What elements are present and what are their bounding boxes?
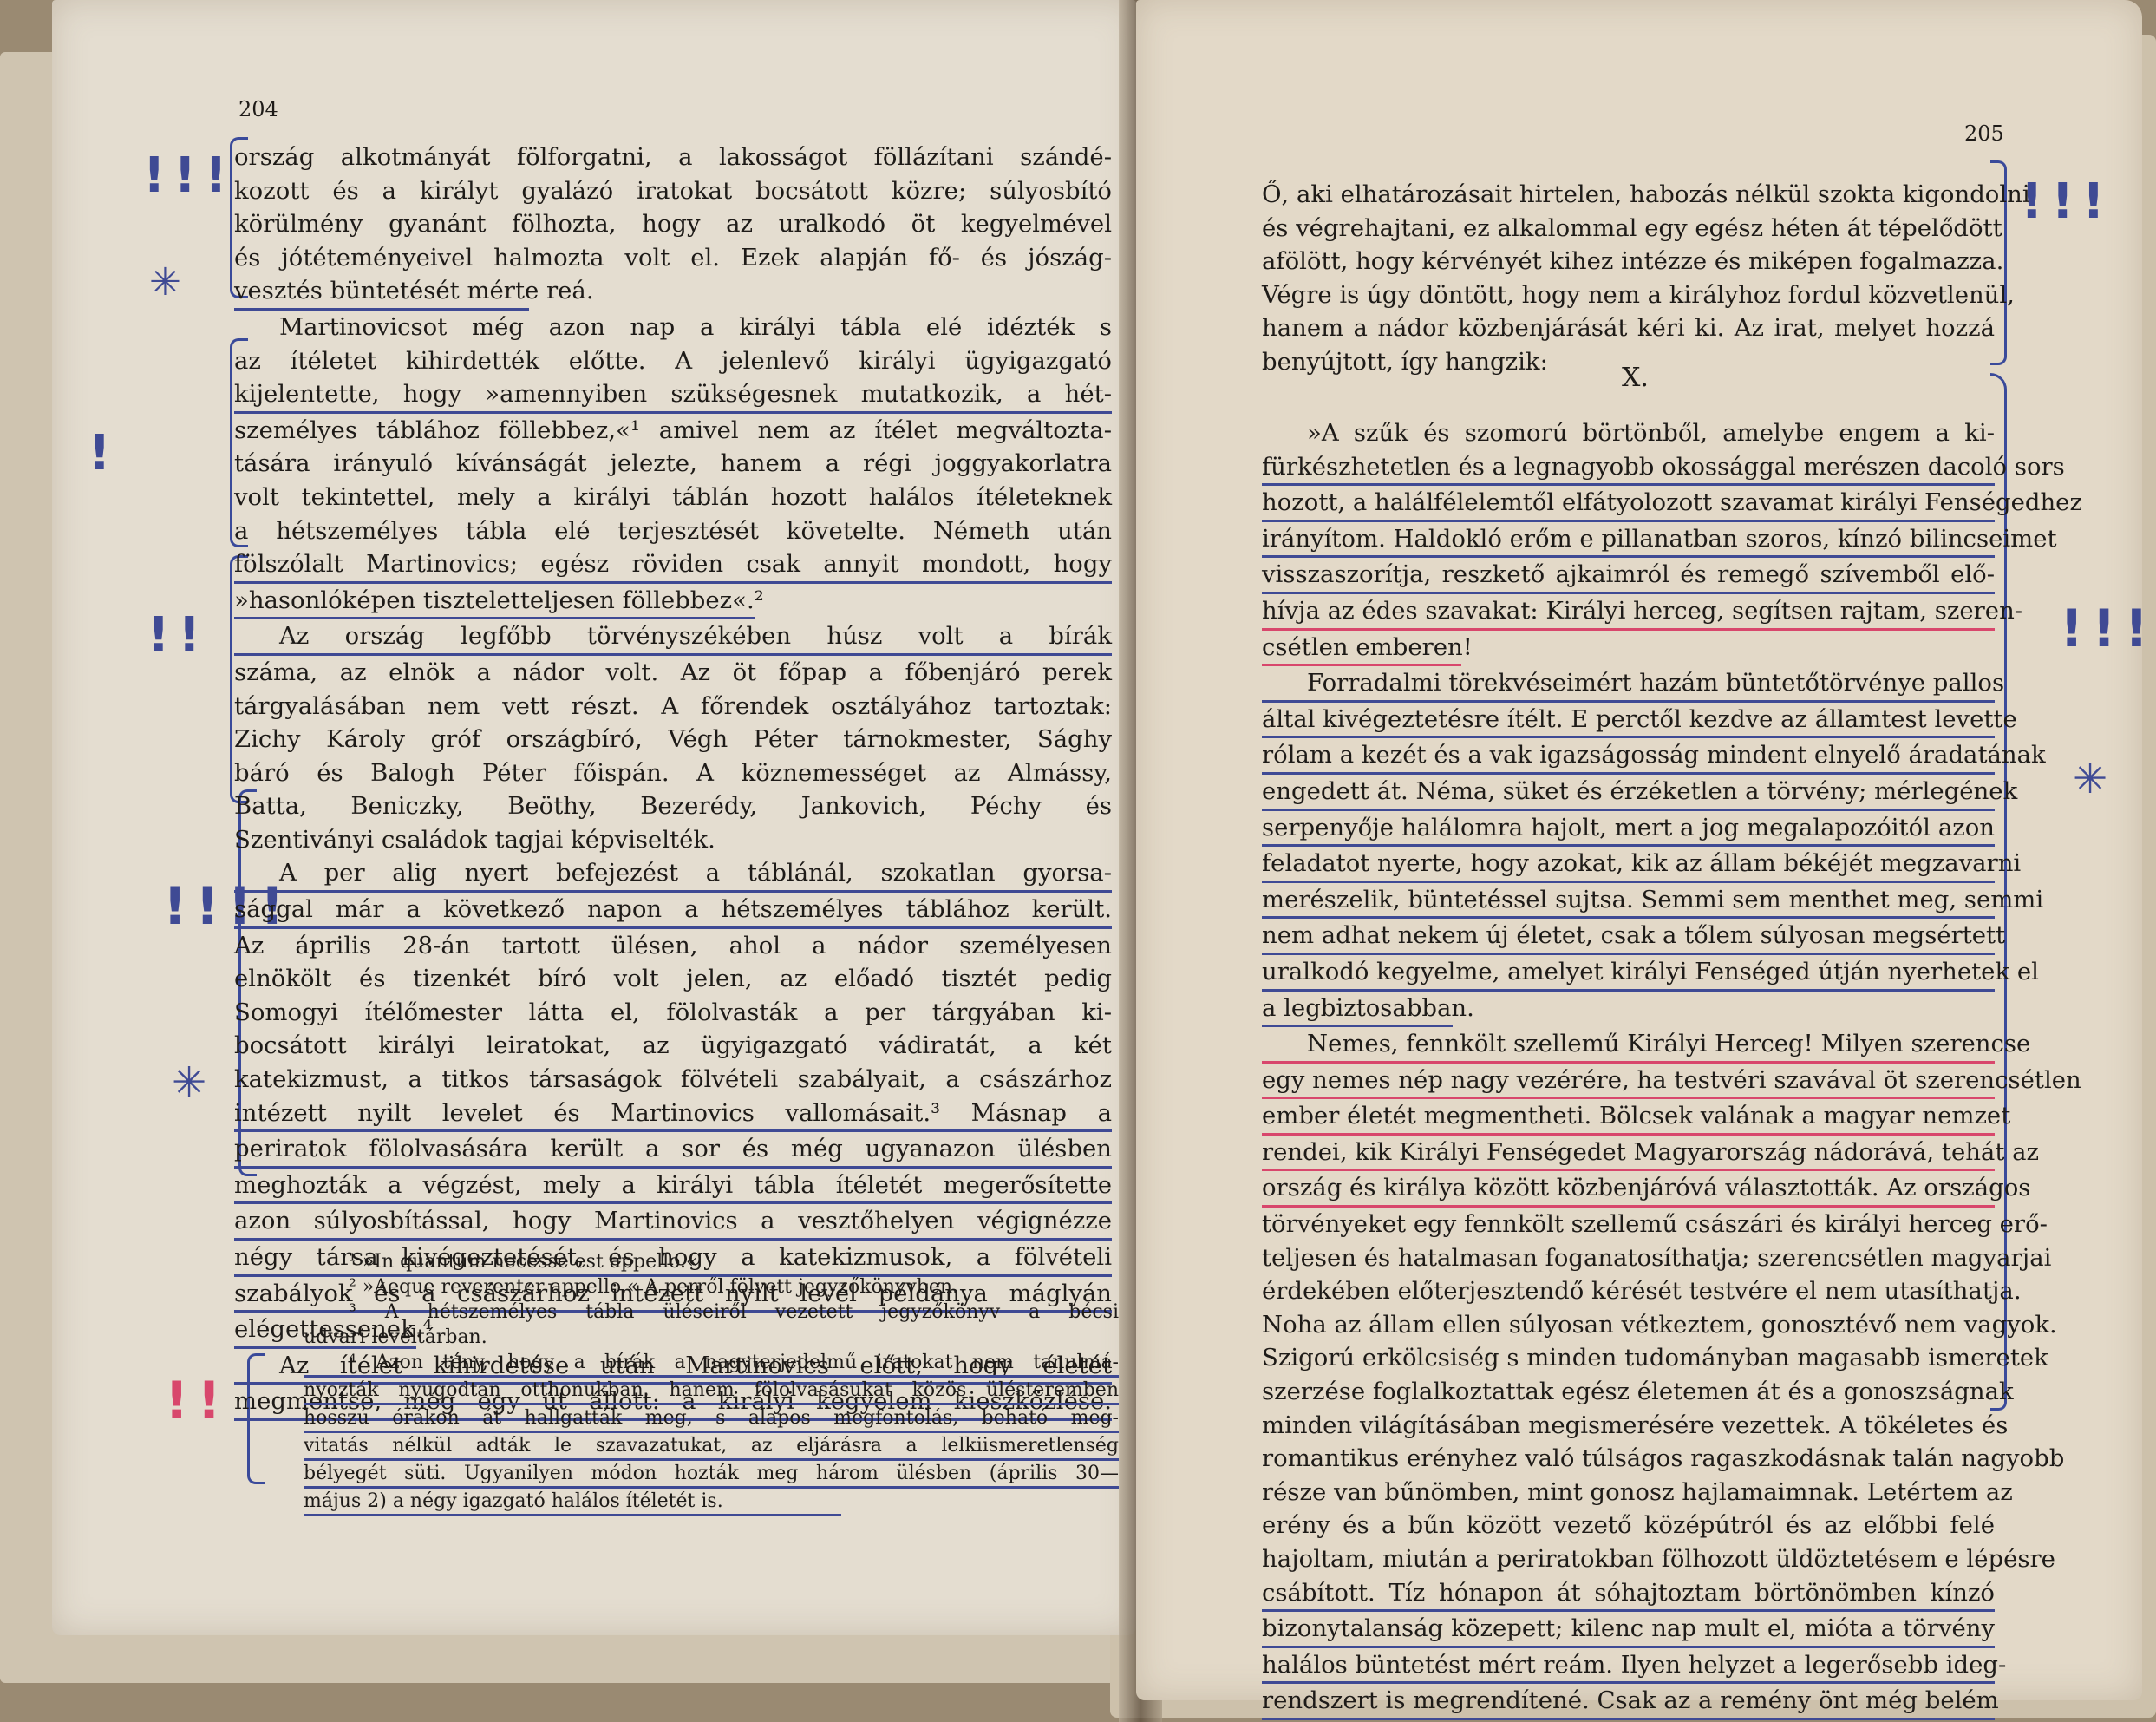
text-line: bizonytalanság közepett; kilenc nap mult… [1262,1612,1995,1648]
text-line: a hétszemélyes tábla elé terjesztését kö… [234,514,1112,548]
text-line: Szentiványi családok tagjai képviselték. [234,823,1112,857]
text-line: ország és királya között közbenjáróvá vá… [1262,1171,1995,1208]
text-line: halálos büntetést mért reám. Ilyen helyz… [1262,1648,1995,1685]
text-line: ország alkotmányát fölforgatni, a lakoss… [234,141,1112,174]
right-page: 205 !!! !!!! ✳ Ő, aki elhatározásait hir… [1136,0,2142,1700]
text-line: irányítom. Haldokló erőm e pillanatban s… [1262,522,1995,559]
text-line: és jótéteményeivel halmozta volt el. Eze… [234,241,1112,275]
footnote: ³ A hétszemélyes tábla üléseiről vezetet… [304,1300,1119,1325]
text-line: Somogyi ítélőmester látta el, fölolvastá… [234,996,1112,1030]
text-line: tására irányuló kívánságát jelezte, hane… [234,447,1112,481]
text-line: Az ország legfőbb törvényszékében húsz v… [234,619,1112,656]
page-number-right: 205 [1964,121,2004,146]
text-line: periratok fölolvasására került a sor és … [234,1132,1112,1169]
exclamation-mark-annotation: !!! [2021,174,2114,230]
right-page-intro: Ő, aki elhatározásait hirtelen, habozás … [1262,178,1995,379]
text-line: Végre is úgy döntött, hogy nem a királyh… [1262,278,1995,312]
text-line: száma, az elnök a nádor volt. Az öt főpa… [234,656,1112,690]
text-line: szerzése foglalkoztattak egész életemen … [1262,1375,1995,1409]
text-line: Batta, Beniczky, Beöthy, Bezerédy, Janko… [234,789,1112,823]
text-line: engedett át. Néma, süket és érzéketlen a… [1262,775,1995,811]
text-line: báró és Balogh Péter főispán. A köznemes… [234,756,1112,790]
footnote: vitatás nélkül adták le szavazatukat, az… [304,1433,1119,1461]
text-line: hanem a nádor közbenjárását kéri ki. Az … [1262,311,1995,345]
exclamation-mark-annotation: !!!! [2060,599,2156,659]
exclamation-mark-annotation: !! [165,1371,230,1431]
right-page-body: »A szűk és szomorú börtönből, amelybe en… [1262,416,1995,1720]
footnote: udvari levéltárban. [304,1325,1119,1350]
text-line: erény és a bűn között vezető középútról … [1262,1509,1995,1542]
text-line: által kivégeztetésre ítélt. E perctől ke… [1262,703,1995,739]
text-line: afölött, hogy kérvényét kihez intézze és… [1262,245,1995,278]
text-line: Martinovicsot még azon nap a királyi táb… [234,311,1112,344]
text-line: személyes táblához föllebbez,«¹ amivel n… [234,414,1112,448]
text-line: bocsátott királyi leiratokat, az ügyigaz… [234,1029,1112,1063]
text-line: Forradalmi törekvéseimért hazám büntetőt… [1262,666,1995,703]
text-line: visszaszorítja, reszkető ajkaimról és re… [1262,558,1995,594]
text-line: és végrehajtani, ez alkalommal egy egész… [1262,212,1995,246]
text-line: serpenyője halálomra hajolt, mert a jog … [1262,811,1995,848]
footnote: május 2) a négy igazgató halálos ítéleté… [304,1489,841,1516]
text-line: érdekében előterjesztendő kérését testvé… [1262,1274,1995,1308]
text-line: katekizmust, a titkos társaságok fölvéte… [234,1063,1112,1097]
text-line: intézett nyilt levelet és Martinovics va… [234,1097,1112,1133]
text-line: vesztés büntetését mérte reá. [234,274,529,311]
asterisk-annotation: ✳ [149,260,190,304]
text-line: romantikus erényhez való túlságos ragasz… [1262,1442,1995,1476]
text-line: A per alig nyert befejezést a táblánál, … [234,856,1112,893]
text-line: Nemes, fennkölt szellemű Királyi Herceg!… [1262,1027,1995,1064]
text-line: hívja az édes szavakat: Királyi herceg, … [1262,594,1995,631]
asterisk-annotation: ✳ [2073,755,2116,803]
text-line: az ítéletet kihirdették előtte. A jelenl… [234,344,1112,378]
text-line: »A szűk és szomorú börtönből, amelybe en… [1262,416,1995,450]
text-line: hozott, a halálfélelemtől elfátyolozott … [1262,486,1995,522]
chapter-heading: X. [1622,363,1649,393]
text-line: ember életét megmentheti. Bölcsek valána… [1262,1099,1995,1136]
text-line: azon súlyosbítással, hogy Martinovics a … [234,1204,1112,1241]
text-line: csábított. Tíz hónapon át sóhajtoztam bö… [1262,1576,1995,1613]
footnotes: ¹ »In quantum necesse est appello.« ² »A… [304,1249,1119,1516]
left-page-body: ország alkotmányát fölforgatni, a lakoss… [234,141,1112,1421]
footnote: hosszú órákon át hallgatták meg, s alapo… [304,1405,1119,1433]
text-line: rendszert is megrendítené. Csak az a rem… [1262,1684,1995,1720]
footnote: ² »Aeque reverenter appello.« A perről f… [304,1274,1119,1300]
text-line: elnökölt és tizenkét bíró volt jelen, az… [234,962,1112,996]
text-line: a legbiztosabban. [1262,992,1453,1028]
footnote: bélyegét süti. Ugyanilyen módon hozták m… [304,1461,1119,1489]
asterisk-annotation: ✳ [172,1058,215,1107]
page-number-left: 204 [238,97,278,121]
text-line: fürkészhetetlen és a legnagyobb okosságg… [1262,450,1995,487]
text-line: teljesen és hatalmasan foganatosíthatja;… [1262,1241,1995,1275]
text-line: Szigorú erkölcsiség s minden tudományban… [1262,1341,1995,1375]
text-line: csétlen emberen! [1262,631,1461,667]
footnote: ⁴ Azon tény, hogy a bírák a nagyterjedel… [304,1350,1119,1378]
text-line: rendei, kik Királyi Fenségedet Magyarors… [1262,1136,1995,1172]
text-line: Az április 28-án tartott ülésen, ahol a … [234,929,1112,963]
text-line: fölszólalt Martinovics; egész röviden cs… [234,547,1112,584]
text-line: volt tekintettel, mely a királyi táblán … [234,481,1112,514]
text-line: »hasonlóképen tiszteletteljesen föllebbe… [234,584,755,620]
text-line: sággal már a következő napon a hétszemél… [234,893,1112,929]
footnote: ¹ »In quantum necesse est appello.« [304,1249,1119,1274]
text-line: egy nemes nép nagy vezérére, ha testvéri… [1262,1064,1995,1100]
text-line: Ő, aki elhatározásait hirtelen, habozás … [1262,178,1995,212]
text-line: körülmény gyanánt fölhozta, hogy az ural… [234,207,1112,241]
text-line: kijelentette, hogy »amennyiben szükséges… [234,377,1112,414]
footnote: nyozták nyugodtan otthonukban, hanem föl… [304,1378,1119,1405]
text-line: rólam a kezét és a vak igazságosság mind… [1262,738,1995,775]
text-line: része van bűnömben, mint gonosz hajlamai… [1262,1476,1995,1509]
text-line: hajoltam, miután a periratokban fölhozot… [1262,1542,1995,1576]
text-line: meghozták a végzést, mely a királyi tábl… [234,1169,1112,1205]
text-line: kozott és a királyt gyalázó iratokat boc… [234,174,1112,208]
text-line: merészelik, büntetéssel sujtsa. Semmi se… [1262,883,1995,920]
text-line: uralkodó kegyelme, amelyet királyi Fensé… [1262,955,1995,992]
exclamation-mark-annotation: ! [88,425,120,481]
exclamation-mark-annotation: !! [147,607,209,664]
text-line: minden világításában megismerésére vezet… [1262,1409,1995,1443]
text-line: Zichy Károly gróf országbíró, Végh Péter… [234,723,1112,756]
text-line: tárgyalásában nem vett részt. A főrendek… [234,690,1112,724]
text-line: törvényeket egy fennkölt szellemű császá… [1262,1208,1995,1241]
text-line: Noha az állam ellen súlyosan vétkeztem, … [1262,1308,1995,1342]
left-page: 204 !!! ✳ ! !! !!!! ✳ !! ország alkotmán… [52,0,1136,1635]
text-line: feladatot nyerte, hogy azokat, kik az ál… [1262,847,1995,883]
exclamation-mark-annotation: !!! [143,147,236,204]
text-line: nem adhat nekem új életet, csak a tőlem … [1262,919,1995,955]
